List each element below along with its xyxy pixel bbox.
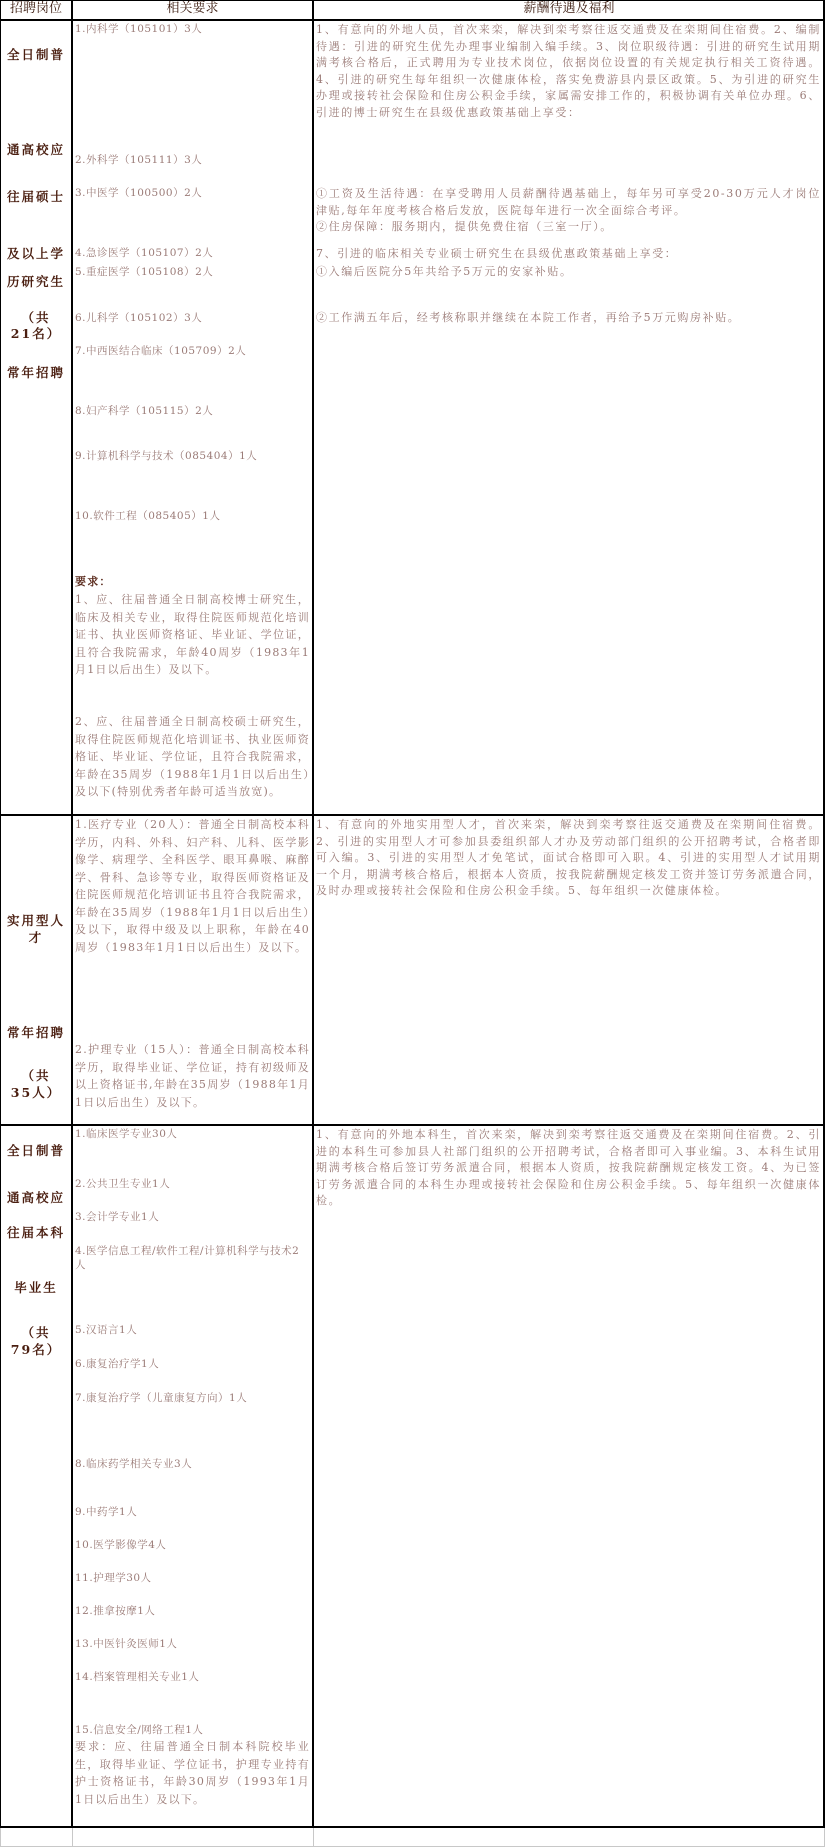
border-line (0, 814, 825, 816)
major-item: 6.康复治疗学1人 (75, 1357, 310, 1371)
major-item: 1.医疗专业（20人）：普通全日制高校本科学历，内科、外科、妇产科、儿科、医学影… (75, 816, 310, 956)
position-line: （共 (0, 1325, 72, 1340)
major-item: 7.康复治疗学（儿童康复方向）1人 (75, 1391, 310, 1405)
major-item: 10.医学影像学4人 (75, 1538, 310, 1552)
position-line: 21名） (0, 326, 72, 341)
major-item: 6.儿科学（105102）3人 (75, 311, 310, 325)
position-line: （共 (0, 310, 72, 325)
major-item: 5.重症医学（105108）2人 (75, 265, 310, 279)
position-line: 往届硕士 (0, 189, 72, 204)
major-item: 4.急诊医学（105107）2人 (75, 246, 310, 260)
header-requirements: 相关要求 (72, 0, 313, 20)
major-item: 11.护理学30人 (75, 1571, 310, 1585)
benefits-cell-practical: 1、有意向的外地实用型人才，首次来栾，解决到栾考察往返交通费及在栾期间住宿费。2… (313, 815, 825, 1125)
benefit-paragraph: 7、引进的临床相关专业硕士研究生在县级优惠政策基础上享受： (316, 246, 821, 263)
requirements-cell-practical: 1.医疗专业（20人）：普通全日制高校本科学历，内科、外科、妇产科、儿科、医学影… (72, 815, 313, 1125)
benefits-cell-undergraduate: 1、有意向的外地本科生，首次来栾，解决到栾考察往返交通费及在栾期间住宿费。2、引… (313, 1125, 825, 1827)
position-line: 常年招聘 (0, 365, 72, 380)
border-line (0, 0, 1, 1827)
header-position: 招聘岗位 (0, 0, 72, 20)
major-item: 7.中西医结合临床（105709）2人 (75, 344, 310, 358)
empty-cell (313, 1827, 825, 1847)
major-item: 2.公共卫生专业1人 (75, 1177, 310, 1191)
benefit-paragraph: 1、有意向的外地人员，首次来栾，解决到栾考察往返交通费及在栾期间住宿费。2、编制… (316, 22, 821, 121)
position-line: 历研究生 (0, 274, 72, 289)
position-line: 79名） (0, 1342, 72, 1357)
position-line: 及以上学 (0, 246, 72, 261)
benefit-paragraph: ②工作满五年后，经考核称职并继续在本院工作者，再给予5万元购房补贴。 (316, 310, 821, 327)
position-cell-practical: 实用型人 才 常年招聘 （共 35人） (0, 815, 72, 1125)
border-line (313, 1828, 314, 1847)
benefit-paragraph: 1、有意向的外地实用型人才，首次来栾，解决到栾考察往返交通费及在栾期间住宿费。2… (316, 817, 821, 900)
major-item: 3.中医学（100500）2人 (75, 186, 310, 200)
major-item: 9.中药学1人 (75, 1505, 310, 1519)
requirement-paragraph: 要求：应、往届普通全日制本科院校毕业生，取得毕业证、学位证书，护理专业持有护士资… (75, 1738, 310, 1808)
empty-cell (72, 1827, 313, 1847)
benefit-paragraph: 1、有意向的外地本科生，首次来栾，解决到栾考察往返交通费及在栾期间住宿费。2、引… (316, 1127, 821, 1210)
border-line (72, 1828, 73, 1847)
border-line (312, 0, 314, 1827)
border-line (0, 1826, 825, 1828)
border-line (0, 0, 825, 1)
major-item: 13.中医针灸医师1人 (75, 1637, 310, 1651)
major-item: 9.计算机科学与技术（085404）1人 (75, 449, 310, 463)
major-item: 2.护理专业（15人）：普通全日制高校本科学历，取得毕业证、学位证，持有初级师及… (75, 1041, 310, 1111)
position-line: 通高校应 (0, 1190, 72, 1205)
major-item: 1.临床医学专业30人 (75, 1127, 310, 1141)
requirement-paragraph: 2、应、往届普通全日制高校硕士研究生，取得住院医师规范化培训证书、执业医师资格证… (75, 713, 310, 801)
major-item: 1.内科学（105101）3人 (75, 22, 310, 36)
position-line: 常年招聘 (0, 1025, 72, 1040)
major-item: 12.推拿按摩1人 (75, 1604, 310, 1618)
position-line: 毕业生 (0, 1280, 72, 1295)
major-item: 14.档案管理相关专业1人 (75, 1670, 310, 1684)
empty-cell (0, 1827, 72, 1847)
position-line: 往届本科 (0, 1225, 72, 1240)
requirements-title: 要求： (75, 573, 310, 591)
position-line: 35人） (0, 1085, 72, 1100)
major-item: 4.医学信息工程/软件工程/计算机科学与技术2人 (75, 1244, 310, 1272)
major-item: 3.会计学专业1人 (75, 1210, 310, 1224)
major-item: 8.临床药学相关专业3人 (75, 1457, 310, 1471)
border-line (0, 1828, 1, 1847)
benefit-paragraph: ②住房保障：服务期内，提供免费住宿（三室一厅）。 (316, 219, 821, 236)
requirement-paragraph: 1、应、往届普通全日制高校博士研究生，临床及相关专业，取得住院医师规范化培训证书… (75, 591, 310, 679)
benefits-cell-graduate: 1、有意向的外地人员，首次来栾，解决到栾考察往返交通费及在栾期间住宿费。2、编制… (313, 20, 825, 815)
requirements-cell-graduate: 1.内科学（105101）3人 2.外科学（105111）3人 3.中医学（10… (72, 20, 313, 815)
border-line (71, 0, 73, 1827)
benefit-paragraph: ①工资及生活待遇：在享受聘用人员薪酬待遇基础上，每年另可享受20-30万元人才岗… (316, 186, 821, 219)
major-item: 8.妇产科学（105115）2人 (75, 404, 310, 418)
position-line: 才 (0, 930, 72, 945)
position-cell-undergraduate: 全日制普 通高校应 往届本科 毕业生 （共 79名） (0, 1125, 72, 1827)
major-item: 15.信息安全/网络工程1人 (75, 1723, 310, 1737)
major-item: 2.外科学（105111）3人 (75, 153, 310, 167)
recruitment-table: 招聘岗位 相关要求 薪酬待遇及福利 全日制普 通高校应 往届硕士 及以上学 历研… (0, 0, 825, 1847)
major-item: 5.汉语言1人 (75, 1323, 310, 1337)
position-line: 实用型人 (0, 913, 72, 928)
border-line (0, 19, 825, 21)
position-line: 通高校应 (0, 142, 72, 157)
border-line (0, 1124, 825, 1126)
position-line: 全日制普 (0, 47, 72, 62)
position-cell-graduate: 全日制普 通高校应 往届硕士 及以上学 历研究生 （共 21名） 常年招聘 (0, 20, 72, 815)
header-benefits: 薪酬待遇及福利 (313, 0, 825, 20)
major-item: 10.软件工程（085405）1人 (75, 509, 310, 523)
position-line: （共 (0, 1068, 72, 1083)
position-line: 全日制普 (0, 1143, 72, 1158)
benefit-paragraph: ①入编后医院分5年共给予5万元的安家补贴。 (316, 264, 821, 281)
requirements-cell-undergraduate: 1.临床医学专业30人 2.公共卫生专业1人 3.会计学专业1人 4.医学信息工… (72, 1125, 313, 1827)
